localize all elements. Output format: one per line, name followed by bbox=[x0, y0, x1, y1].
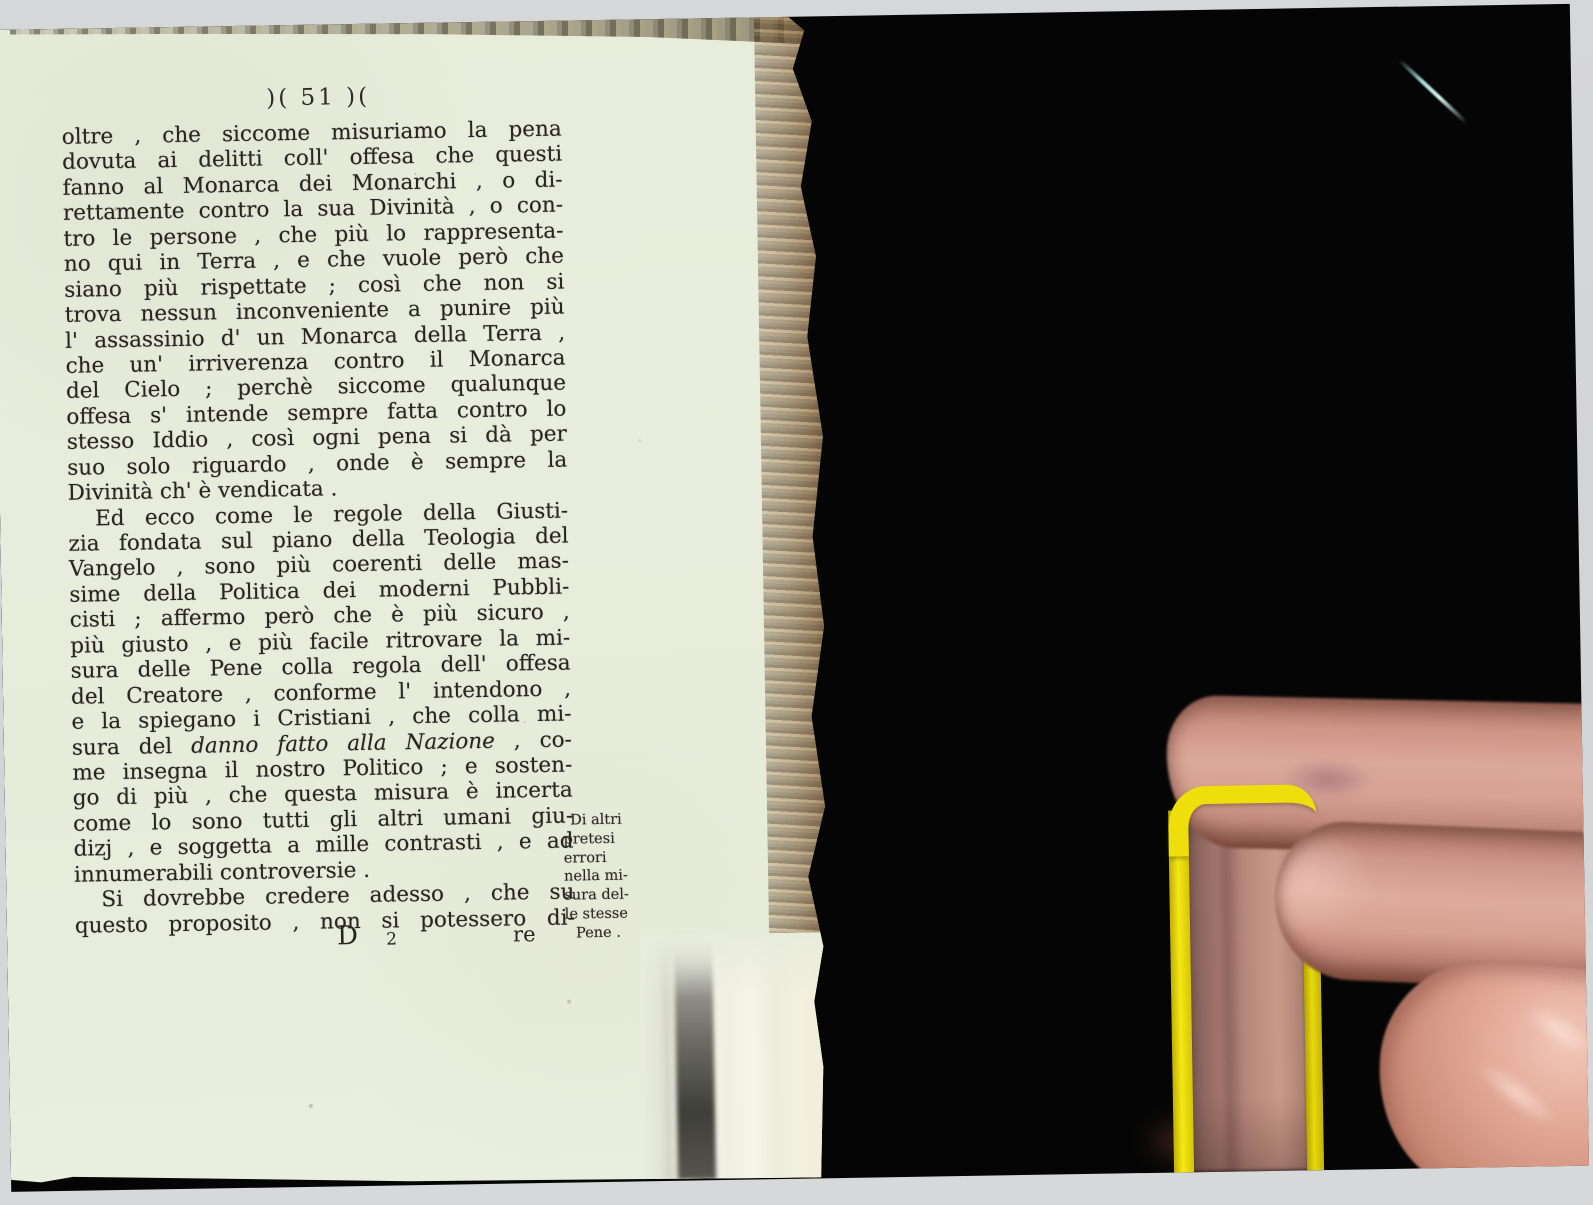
margin-note-line: Pene . bbox=[565, 923, 655, 943]
page-edge-motion-blur bbox=[640, 932, 834, 1180]
signature-number: 2 bbox=[386, 929, 397, 949]
margin-note-line: errori bbox=[564, 848, 654, 868]
margin-note-line: pretesi bbox=[563, 829, 653, 849]
skin-highlight bbox=[1500, 981, 1589, 1078]
yellow-holder-top-corner bbox=[1168, 784, 1317, 856]
blurred-gray-band bbox=[674, 934, 716, 1180]
page-top-edge bbox=[10, 16, 820, 59]
signature-mark: D bbox=[337, 921, 358, 951]
catchword: re bbox=[513, 922, 536, 946]
book-scan-photo: )( 51 )( oltre , che siccome misuriamo l… bbox=[0, 0, 1593, 1205]
margin-note-line: sura del- bbox=[564, 885, 654, 905]
book-page: )( 51 )( oltre , che siccome misuriamo l… bbox=[0, 16, 839, 1191]
margin-note: Di altripretesierrorinella mi-sura del-l… bbox=[563, 810, 655, 943]
page-fore-edge bbox=[754, 16, 836, 965]
hand-knuckle bbox=[1369, 952, 1589, 1192]
signature-line: D 2 re bbox=[75, 917, 575, 959]
photo-black-backdrop: )( 51 )( oltre , che siccome misuriamo l… bbox=[0, 4, 1589, 1192]
main-text-block: oltre , che siccome misuriamo la penadov… bbox=[62, 117, 575, 939]
margin-note-line: nella mi- bbox=[564, 867, 654, 887]
margin-note-line: le stesse bbox=[565, 904, 655, 924]
dust-streak bbox=[1398, 59, 1468, 125]
margin-note-line: Di altri bbox=[563, 810, 653, 830]
page-number: )( 51 )( bbox=[228, 83, 408, 112]
